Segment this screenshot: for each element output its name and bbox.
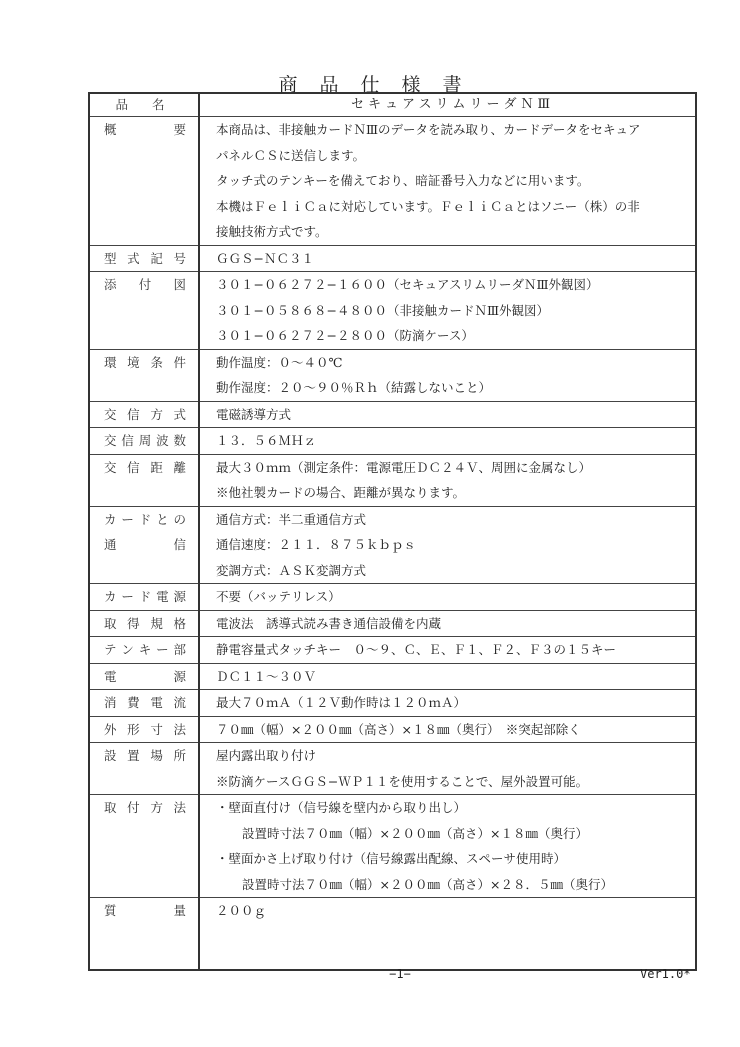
row-value: ３０１−０６２７２−１６００（セキュアスリムリーダＮⅢ外観図） ３０１−０５８６…: [199, 272, 696, 350]
row-label: カード電源: [89, 584, 199, 611]
label-text: 概要: [104, 117, 186, 143]
row-value: 不要（バッテリレス）: [199, 584, 696, 611]
value-line: ・壁面直付け（信号線を壁内から取り出し）: [216, 795, 689, 821]
table-row-keypad: テンキー部 静電容量式タッチキー ０〜９、Ｃ、Ｅ、Ｆ１、Ｆ２、Ｆ３の１５キー: [89, 637, 696, 664]
value-line: ※他社製カードの場合、距離が異なります。: [216, 480, 689, 506]
value-line: 設置時寸法７０㎜（幅）×２００㎜（高さ）×２８．５㎜（奥行）: [216, 872, 689, 898]
table-row-communication-method: 交信方式 電磁誘導方式: [89, 401, 696, 428]
label-text: 品 名: [104, 94, 186, 116]
label-text: カードとの: [104, 507, 186, 533]
table-row-card-power: カード電源 不要（バッテリレス）: [89, 584, 696, 611]
value-line: 電磁誘導方式: [216, 402, 689, 428]
row-value: ２００ｇ: [199, 898, 696, 970]
value-line: ７０㎜（幅）×２００㎜（高さ）×１８㎜（奥行） ※突起部除く: [216, 717, 689, 743]
table-row-mounting-method: 取付方法 ・壁面直付け（信号線を壁内から取り出し） 設置時寸法７０㎜（幅）×２０…: [89, 795, 696, 898]
row-label: 環境条件: [89, 349, 199, 401]
label-text: 交信周波数: [104, 428, 186, 454]
table-row-weight: 質量 ２００ｇ: [89, 898, 696, 970]
value-line: 動作湿度：２０〜９０％Ｒｈ（結露しないこと）: [216, 375, 689, 401]
table-row-installation-location: 設置場所 屋内露出取り付け ※防滴ケースＧＧＳ−ＷＰ１１を使用することで、屋外設…: [89, 743, 696, 795]
value-line: 本商品は、非接触カードＮⅢのデータを読み取り、カードデータをセキュア: [216, 117, 689, 143]
label-text: カード電源: [104, 584, 186, 610]
row-value: ７０㎜（幅）×２００㎜（高さ）×１８㎜（奥行） ※突起部除く: [199, 716, 696, 743]
label-text: テンキー部: [104, 637, 186, 663]
label-text: 添付図: [104, 272, 186, 298]
spec-table: 品 名 セキュアスリムリーダＮⅢ 概要 本商品は、非接触カードＮⅢのデータを読み…: [88, 92, 697, 971]
page-number: −1−: [360, 967, 440, 981]
row-label: カードとの 通信: [89, 506, 199, 584]
row-value: 最大３０ｍｍ（測定条件：電源電圧ＤＣ２４Ｖ、周囲に金属なし） ※他社製カードの場…: [199, 454, 696, 506]
label-text: 取付方法: [104, 795, 186, 821]
value-line: 変調方式：ＡＳＫ変調方式: [216, 558, 689, 584]
row-label: 交信周波数: [89, 428, 199, 455]
value-line: ３０１−０６２７２−１６００（セキュアスリムリーダＮⅢ外観図）: [216, 272, 689, 298]
row-label: 設置場所: [89, 743, 199, 795]
row-value: ・壁面直付け（信号線を壁内から取り出し） 設置時寸法７０㎜（幅）×２００㎜（高さ…: [199, 795, 696, 898]
row-value: 屋内露出取り付け ※防滴ケースＧＧＳ−ＷＰ１１を使用することで、屋外設置可能。: [199, 743, 696, 795]
value-line: タッチ式のテンキーを備えており、暗証番号入力などに用います。: [216, 168, 689, 194]
value-line: ※防滴ケースＧＧＳ−ＷＰ１１を使用することで、屋外設置可能。: [216, 769, 689, 795]
value-line: 動作温度：０〜４０℃: [216, 350, 689, 376]
value-line: 接触技術方式です。: [216, 219, 689, 245]
label-text: 型式記号: [104, 246, 186, 272]
label-text: 設置場所: [104, 743, 186, 769]
row-value: セキュアスリムリーダＮⅢ: [199, 93, 696, 117]
value-line: 通信速度：２１１．８７５ｋｂｐｓ: [216, 532, 689, 558]
value-line: 屋内露出取り付け: [216, 743, 689, 769]
row-label: テンキー部: [89, 637, 199, 664]
version-label: Ver1.0*: [640, 967, 691, 981]
value-line: ＧＧＳ−ＮＣ３１: [216, 246, 689, 272]
value-line: 本機はＦｅｌｉＣａに対応しています。ＦｅｌｉＣａとはソニー（株）の非: [216, 194, 689, 220]
row-value: 動作温度：０〜４０℃ 動作湿度：２０〜９０％Ｒｈ（結露しないこと）: [199, 349, 696, 401]
row-label: 質量: [89, 898, 199, 970]
value-line: 静電容量式タッチキー ０〜９、Ｃ、Ｅ、Ｆ１、Ｆ２、Ｆ３の１５キー: [216, 637, 689, 663]
label-text: 質量: [104, 898, 186, 924]
value-line: ３０１−０６２７２−２８００（防滴ケース）: [216, 323, 689, 349]
row-value: 静電容量式タッチキー ０〜９、Ｃ、Ｅ、Ｆ１、Ｆ２、Ｆ３の１５キー: [199, 637, 696, 664]
row-label: 交信距離: [89, 454, 199, 506]
table-row-power-supply: 電源 ＤＣ１１〜３０Ｖ: [89, 663, 696, 690]
label-text: 電源: [104, 664, 186, 690]
row-label: 品 名: [89, 93, 199, 117]
value-line: 最大３０ｍｍ（測定条件：電源電圧ＤＣ２４Ｖ、周囲に金属なし）: [216, 455, 689, 481]
row-value: 電磁誘導方式: [199, 401, 696, 428]
table-row-model-number: 型式記号 ＧＧＳ−ＮＣ３１: [89, 245, 696, 272]
row-label: 概要: [89, 117, 199, 246]
label-text: 消費電流: [104, 690, 186, 716]
table-row-certification: 取得規格 電波法 誘導式読み書き通信設備を内蔵: [89, 610, 696, 637]
value-line: パネルＣＳに送信します。: [216, 143, 689, 169]
value-line: 不要（バッテリレス）: [216, 584, 689, 610]
table-row-overview: 概要 本商品は、非接触カードＮⅢのデータを読み取り、カードデータをセキュア パネ…: [89, 117, 696, 246]
row-value: 電波法 誘導式読み書き通信設備を内蔵: [199, 610, 696, 637]
label-text: 環境条件: [104, 350, 186, 376]
row-label: 添付図: [89, 272, 199, 350]
value-line: ・壁面かさ上げ取り付け（信号線露出配線、スペーサ使用時）: [216, 846, 689, 872]
table-row-range: 交信距離 最大３０ｍｍ（測定条件：電源電圧ＤＣ２４Ｖ、周囲に金属なし） ※他社製…: [89, 454, 696, 506]
table-row-environment: 環境条件 動作温度：０〜４０℃ 動作湿度：２０〜９０％Ｒｈ（結露しないこと）: [89, 349, 696, 401]
label-text: 通信: [104, 532, 186, 558]
row-value: ＧＧＳ−ＮＣ３１: [199, 245, 696, 272]
row-label: 取付方法: [89, 795, 199, 898]
table-row-attached-drawings: 添付図 ３０１−０６２７２−１６００（セキュアスリムリーダＮⅢ外観図） ３０１−…: [89, 272, 696, 350]
value-line: ３０１−０５８６８−４８００（非接触カードＮⅢ外観図）: [216, 298, 689, 324]
row-label: 電源: [89, 663, 199, 690]
row-label: 取得規格: [89, 610, 199, 637]
row-value: １３．５６ＭＨｚ: [199, 428, 696, 455]
label-text: 交信方式: [104, 402, 186, 428]
value-line: 通信方式：半二重通信方式: [216, 507, 689, 533]
row-value: 最大７０ｍＡ（１２Ｖ動作時は１２０ｍＡ）: [199, 690, 696, 717]
row-value: 通信方式：半二重通信方式 通信速度：２１１．８７５ｋｂｐｓ 変調方式：ＡＳＫ変調…: [199, 506, 696, 584]
row-label: 交信方式: [89, 401, 199, 428]
value-line: 最大７０ｍＡ（１２Ｖ動作時は１２０ｍＡ）: [216, 690, 689, 716]
label-text: 交信距離: [104, 455, 186, 481]
row-label: 型式記号: [89, 245, 199, 272]
product-name: セキュアスリムリーダＮⅢ: [216, 94, 689, 116]
table-row-current: 消費電流 最大７０ｍＡ（１２Ｖ動作時は１２０ｍＡ）: [89, 690, 696, 717]
value-line: １３．５６ＭＨｚ: [216, 428, 689, 454]
table-row-product-name: 品 名 セキュアスリムリーダＮⅢ: [89, 93, 696, 117]
value-line: ２００ｇ: [216, 898, 689, 924]
value-line: 設置時寸法７０㎜（幅）×２００㎜（高さ）×１８㎜（奥行）: [216, 821, 689, 847]
value-line: ＤＣ１１〜３０Ｖ: [216, 664, 689, 690]
row-label: 外形寸法: [89, 716, 199, 743]
table-row-dimensions: 外形寸法 ７０㎜（幅）×２００㎜（高さ）×１８㎜（奥行） ※突起部除く: [89, 716, 696, 743]
row-value: 本商品は、非接触カードＮⅢのデータを読み取り、カードデータをセキュア パネルＣＳ…: [199, 117, 696, 246]
label-text: 取得規格: [104, 611, 186, 637]
value-line: 電波法 誘導式読み書き通信設備を内蔵: [216, 611, 689, 637]
table-row-card-communication: カードとの 通信 通信方式：半二重通信方式 通信速度：２１１．８７５ｋｂｐｓ 変…: [89, 506, 696, 584]
label-text: 外形寸法: [104, 717, 186, 743]
table-row-frequency: 交信周波数 １３．５６ＭＨｚ: [89, 428, 696, 455]
row-value: ＤＣ１１〜３０Ｖ: [199, 663, 696, 690]
row-label: 消費電流: [89, 690, 199, 717]
